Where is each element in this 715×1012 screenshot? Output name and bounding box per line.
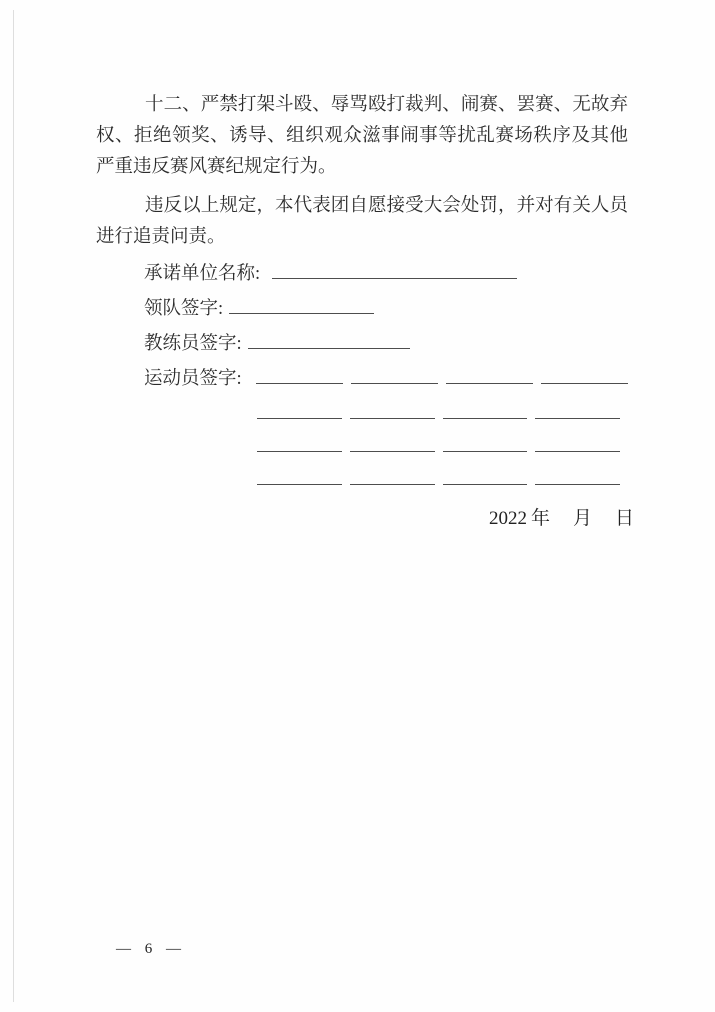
athlete-signature-blank <box>535 465 620 485</box>
athlete-signature-blank <box>443 465 528 485</box>
page-number: — 6 — <box>116 941 181 958</box>
unit-name-blank <box>272 259 517 279</box>
coach-signature-row: 教练员签字: <box>96 329 628 364</box>
athlete-signature-blank <box>257 432 342 452</box>
coach-signature-label: 教练员签字: <box>144 329 242 355</box>
athlete-signature-blank <box>350 399 435 419</box>
athlete-signature-row <box>96 432 628 465</box>
leader-signature-blank <box>229 294 374 314</box>
athlete-signature-blank <box>257 465 342 485</box>
paragraph-commitment: 违反以上规定，本代表团自愿接受大会处罚，并对有关人员进行追责问责。 <box>96 191 628 253</box>
athlete-signature-blank <box>535 432 620 452</box>
document-content: 十二、严禁打架斗殴、辱骂殴打裁判、闹赛、罢赛、无故弃权、拒绝领奖、诱导、组织观众… <box>96 90 628 530</box>
athlete-signature-label: 运动员签字: <box>144 364 242 390</box>
athlete-signature-blank <box>257 399 342 419</box>
date-year-char: 年 <box>531 508 550 529</box>
athlete-signature-blank <box>256 364 343 384</box>
athlete-signature-blank <box>351 364 438 384</box>
scan-edge-line <box>13 10 14 1002</box>
leader-signature-label: 领队签字: <box>144 294 223 320</box>
document-page: 十二、严禁打架斗殴、辱骂殴打裁判、闹赛、罢赛、无故弃权、拒绝领奖、诱导、组织观众… <box>0 0 715 1012</box>
unit-name-label: 承诺单位名称: <box>144 259 260 285</box>
athlete-signature-blank <box>443 432 528 452</box>
athlete-signature-blank <box>541 364 628 384</box>
athlete-signature-row <box>96 399 628 432</box>
athlete-signature-blank <box>443 399 528 419</box>
athlete-signature-blank <box>446 364 533 384</box>
coach-signature-blank <box>248 329 410 349</box>
date-day-char: 日 <box>615 508 634 529</box>
unit-name-row: 承诺单位名称: <box>96 259 628 294</box>
athlete-signature-blank <box>350 465 435 485</box>
leader-signature-row: 领队签字: <box>96 294 628 329</box>
paragraph-rule-12: 十二、严禁打架斗殴、辱骂殴打裁判、闹赛、罢赛、无故弃权、拒绝领奖、诱导、组织观众… <box>96 90 628 183</box>
date-year: 2022 <box>489 508 527 529</box>
date-line: 2022年月日 <box>102 503 634 530</box>
date-month-char: 月 <box>573 508 592 529</box>
athlete-signature-blank <box>350 432 435 452</box>
athlete-signature-blank <box>535 399 620 419</box>
athlete-signature-row <box>96 465 628 498</box>
athlete-signature-row: 运动员签字: <box>96 364 628 399</box>
